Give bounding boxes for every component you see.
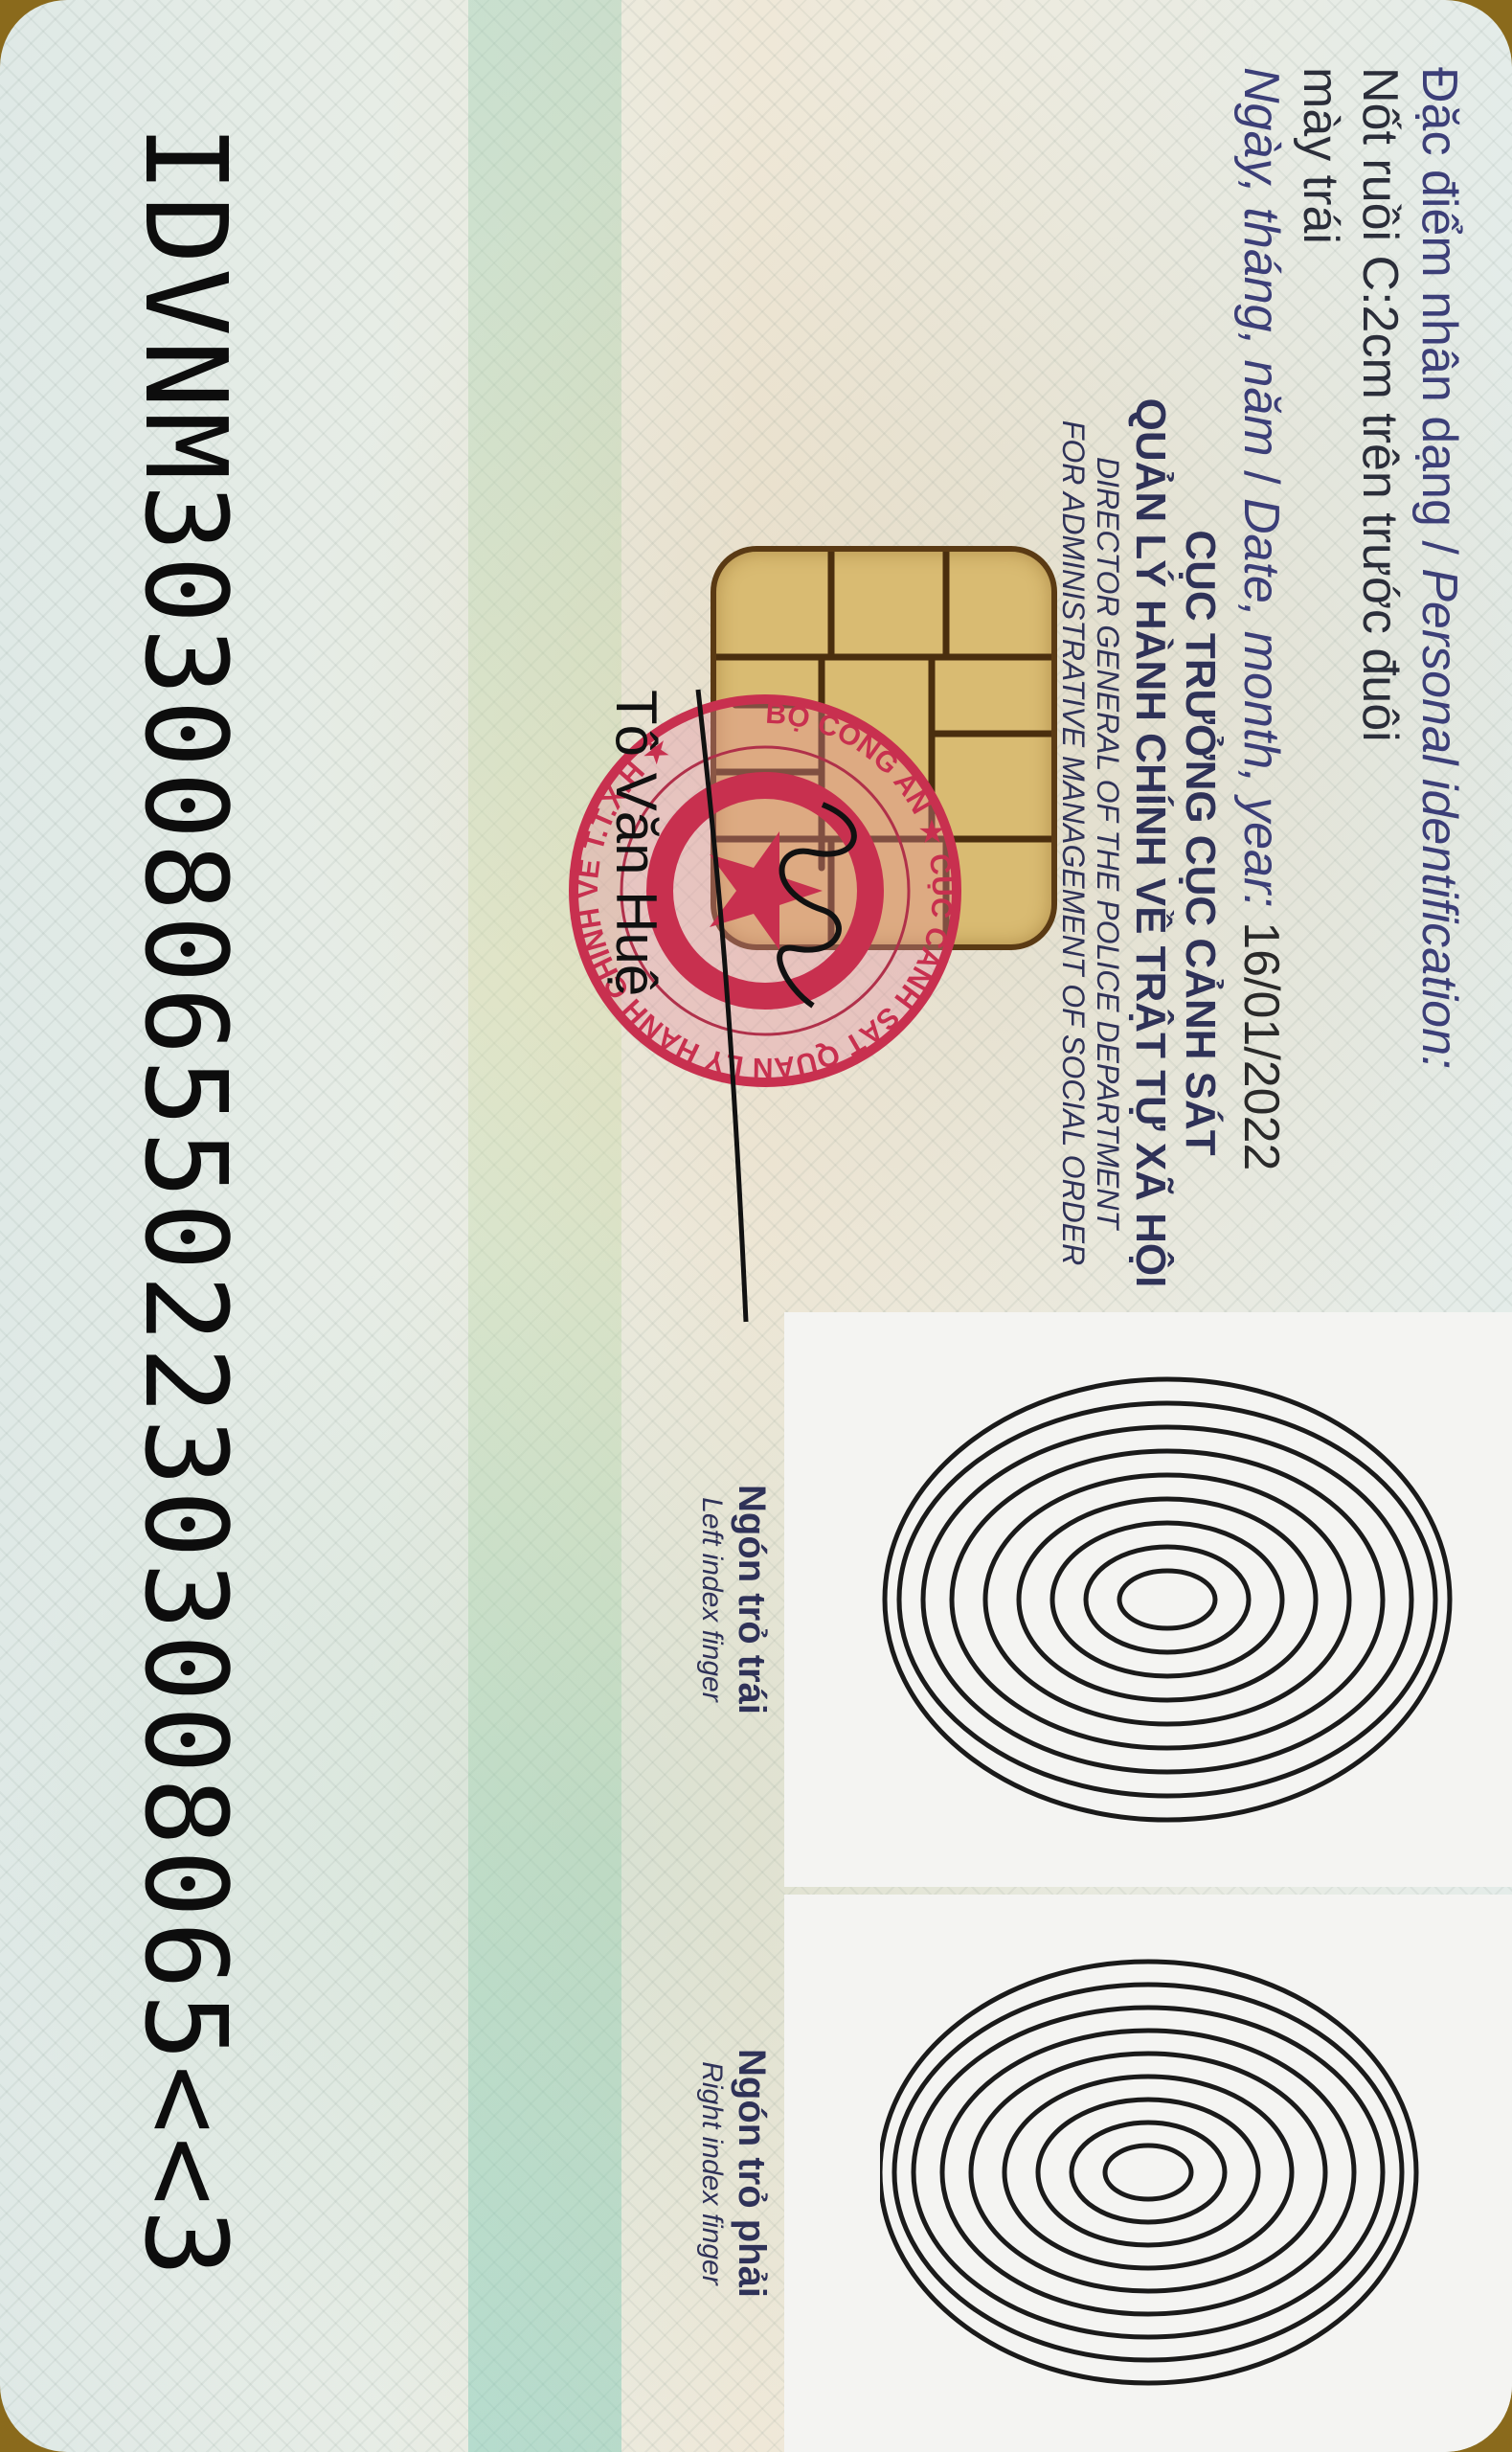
issuing-authority: CỤC TRƯỞNG CỤC CẢNH SÁT QUẢN LÝ HÀNH CHÍ… [1056, 364, 1225, 1322]
security-color-band [468, 0, 621, 2452]
personal-identification-value-1: Nốt ruồi C:2cm trên trước đuôi [1350, 67, 1410, 1504]
fingerprint-icon [880, 1351, 1455, 1849]
mrz-line-1: IDVNM3030080655022303008065<<3 [127, 125, 244, 2281]
fingerprint-area [784, 1312, 1512, 2452]
fingerprint-icon [880, 1933, 1455, 2431]
personal-identification-value-2: mày trái [1291, 67, 1350, 1504]
issue-date: Ngày, tháng, năm / Date, month, year: 16… [1231, 67, 1291, 1504]
personal-identification-label: Đặc điểm nhân dạng / Personal identifica… [1410, 67, 1469, 1504]
signer-name: Tô Văn Huệ [603, 690, 669, 996]
left-index-fingerprint [784, 1312, 1512, 1887]
right-index-fingerprint [784, 1895, 1512, 2452]
left-fingerprint-label: Ngón trỏ trái Left index finger [660, 1312, 775, 1887]
issue-date-value: 16/01/2022 [1233, 921, 1289, 1170]
personal-info-block: Đặc điểm nhân dạng / Personal identifica… [1231, 67, 1469, 1504]
machine-readable-zone: IDVNM3030080655022303008065<<3 0307259F2… [0, 125, 478, 2281]
right-fingerprint-label: Ngón trỏ phải Right index finger [660, 1895, 775, 2452]
id-card-back: Đặc điểm nhân dạng / Personal identifica… [0, 0, 1512, 2452]
signature [650, 670, 937, 1341]
